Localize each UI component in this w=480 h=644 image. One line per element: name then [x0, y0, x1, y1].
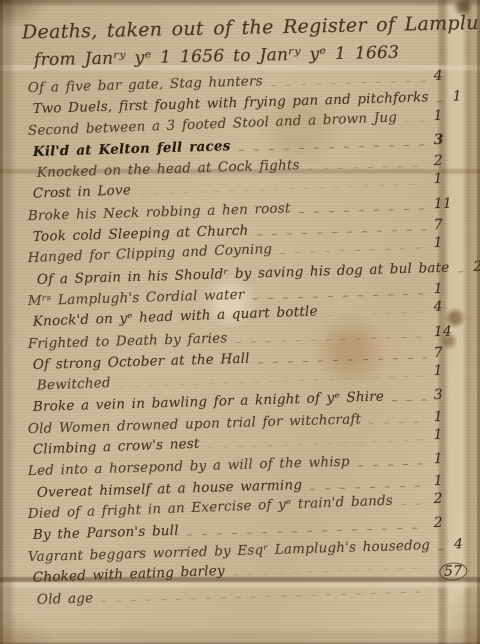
dash-leader	[238, 136, 426, 155]
death-count: 1	[433, 362, 480, 380]
cause-of-death-text: Bewitched	[37, 375, 111, 394]
dash-leader	[438, 540, 446, 554]
death-count: 1	[433, 425, 480, 443]
death-count: 2	[473, 257, 480, 274]
death-count: 11	[433, 195, 479, 212]
death-count: 4	[433, 67, 479, 84]
dash-leader	[437, 93, 445, 107]
death-count: 2	[433, 152, 479, 169]
dash-leader	[235, 328, 426, 347]
death-count: 3	[433, 386, 479, 403]
dash-leader	[271, 72, 426, 90]
death-count: 1	[433, 280, 479, 297]
death-count: 1	[433, 106, 480, 124]
cause-of-death-text: Crost in Love	[33, 183, 132, 203]
dash-leader	[233, 559, 426, 580]
dash-leader	[280, 240, 426, 259]
death-count: 1	[433, 408, 479, 425]
dash-leader	[187, 519, 426, 540]
entries-list: Of a five bar gate, Stag hunters 4 Two D…	[0, 81, 480, 613]
death-count: 7	[433, 344, 479, 361]
death-count: 3	[433, 131, 479, 148]
dash-leader	[139, 176, 426, 200]
manuscript-page: Deaths, taken out of the Register of Lam…	[0, 0, 480, 644]
death-count: 4	[433, 298, 480, 316]
dash-leader	[392, 392, 426, 406]
dash-leader	[101, 583, 432, 606]
death-count: 2	[433, 489, 480, 507]
dash-leader	[457, 263, 465, 277]
death-count: 4	[454, 535, 480, 552]
death-count: 7	[433, 216, 479, 233]
death-count: 1	[433, 450, 479, 467]
cause-of-death-text: Of a five bar gate, Stag hunters	[28, 73, 263, 96]
dash-leader	[401, 495, 426, 509]
cause-of-death-text: Old age	[37, 590, 94, 608]
death-count: 1	[433, 234, 480, 252]
dash-leader	[298, 200, 426, 217]
death-count: 57	[439, 562, 468, 581]
death-count: 1	[452, 88, 480, 105]
death-count: 1	[433, 170, 480, 188]
cause-of-death-text: By the Parson's bull	[33, 523, 179, 543]
death-count: 14	[433, 322, 479, 339]
manuscript-content: Deaths, taken out of the Register of Lam…	[0, 0, 480, 644]
dash-leader	[325, 304, 425, 321]
dash-leader	[358, 456, 426, 472]
death-count: 2	[433, 514, 479, 531]
date-range-line: from Janʳʸ yᵉ 1 1656 to Janʳʸ yᵉ 1 1663	[0, 41, 480, 71]
dash-leader	[405, 112, 426, 126]
dash-leader	[369, 413, 426, 428]
document-title: Deaths, taken out of the Register of Lam…	[0, 12, 480, 44]
death-count: 1	[433, 471, 479, 488]
dash-leader	[207, 431, 426, 452]
